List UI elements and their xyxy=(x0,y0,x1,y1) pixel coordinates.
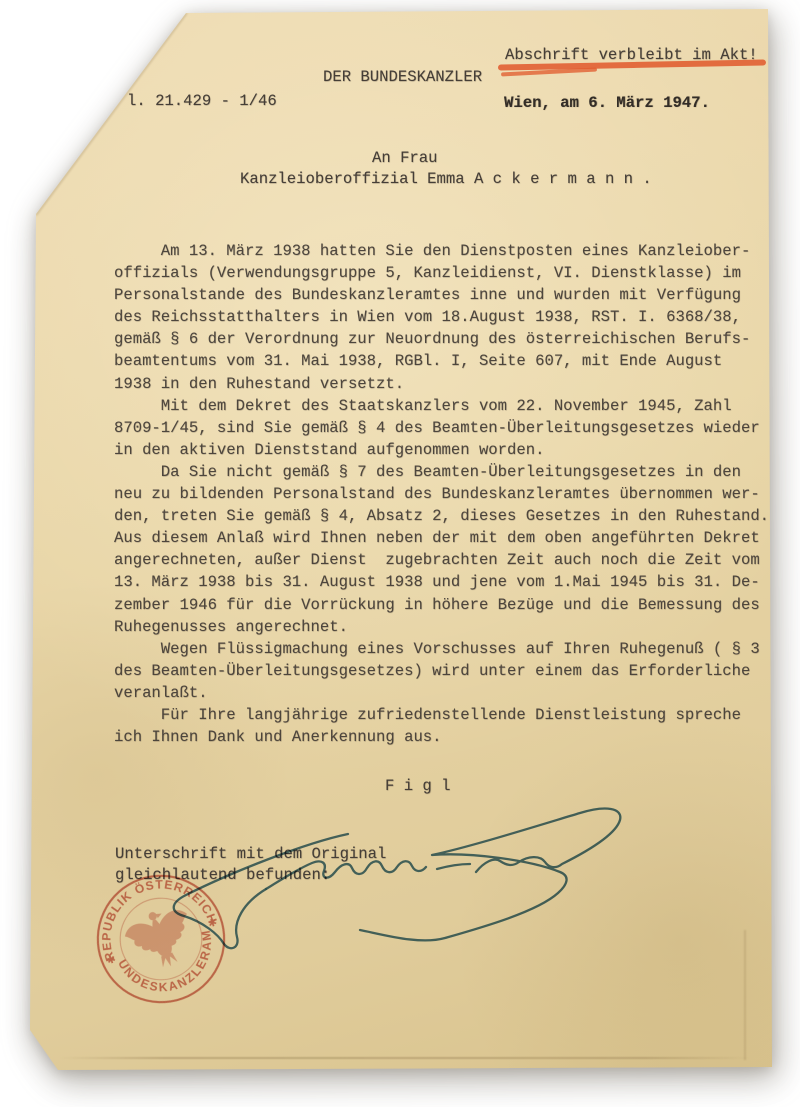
body-line: des Beamten-Überleitungsgesetzes) wird u… xyxy=(114,660,769,682)
body-line: Da Sie nicht gemäß § 7 des Beamten-Überl… xyxy=(114,461,769,483)
body-line: des Reichsstatthalters in Wien vom 18.Au… xyxy=(114,306,769,328)
letter-body: Am 13. März 1938 hatten Sie den Dienstpo… xyxy=(114,240,769,748)
recipient-line-1: An Frau xyxy=(372,147,438,169)
body-line: Aus diesem Anlaß wird Ihnen neben der mi… xyxy=(114,527,769,549)
body-line: ich Ihnen Dank und Anerkennung aus. xyxy=(114,726,769,748)
body-line: zember 1946 für die Vorrückung in höhere… xyxy=(114,594,769,616)
body-line: offizials (Verwendungsgruppe 5, Kanzleid… xyxy=(114,262,769,284)
typed-signature-name: F i g l xyxy=(385,775,451,797)
paper-shadow: Abschrift verbleibt im Akt! DER BUNDESKA… xyxy=(0,0,800,1107)
body-line: neu zu bildenden Personalstand des Bunde… xyxy=(114,483,769,505)
bottom-fold-crease xyxy=(60,1057,750,1059)
body-line: den, treten Sie gemäß § 4, Absatz 2, die… xyxy=(114,505,769,527)
body-line: beamtentums vom 31. Mai 1938, RGBl. I, S… xyxy=(114,350,769,372)
certification-line-1: Unterschrift mit dem Original xyxy=(115,843,386,865)
body-line: Ruhegenusses angerechnet. xyxy=(114,616,769,638)
recipient-line-2: Kanzleioberoffizial Emma A c k e r m a n… xyxy=(240,168,652,190)
body-line: Am 13. März 1938 hatten Sie den Dienstpo… xyxy=(114,240,769,262)
body-line: 1938 in den Ruhestand versetzt. xyxy=(114,373,769,395)
body-line: Mit dem Dekret des Staatskanzlers vom 22… xyxy=(114,395,769,417)
body-line: veranlaßt. xyxy=(114,682,769,704)
body-line: Personalstande des Bundeskanzleramtes in… xyxy=(114,284,769,306)
body-line: Wegen Flüssigmachung eines Vorschusses a… xyxy=(114,638,769,660)
dateline: Wien, am 6. März 1947. xyxy=(504,92,710,114)
body-line: angerechneten, außer Dienst zugebrachten… xyxy=(114,549,769,571)
reference-number: l. 21.429 - 1/46 xyxy=(127,90,277,112)
scanned-document-page: Abschrift verbleibt im Akt! DER BUNDESKA… xyxy=(0,0,800,1107)
body-line: 8709-1/45, sind Sie gemäß § 4 des Beamte… xyxy=(114,417,769,439)
cut-corner-crease xyxy=(35,12,187,215)
right-fold-crease xyxy=(744,930,746,1060)
letterhead-title: DER BUNDESKANZLER xyxy=(323,66,482,88)
body-line: gemäß § 6 der Verordnung zur Neuordnung … xyxy=(114,328,769,350)
body-line: 13. März 1938 bis 31. August 1938 und je… xyxy=(114,571,769,593)
paper-sheet: Abschrift verbleibt im Akt! DER BUNDESKA… xyxy=(0,0,800,1107)
body-line: in den aktiven Dienststand aufgenommen w… xyxy=(114,439,769,461)
body-line: Für Ihre langjährige zufriedenstellende … xyxy=(114,704,769,726)
